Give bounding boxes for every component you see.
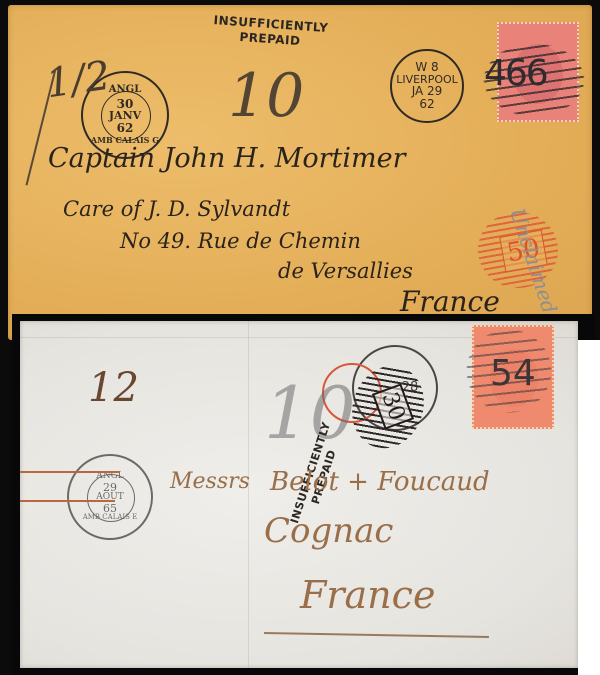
bottom-cover: 54 28 NEWCASTLE-ON-TYNE 30 ANGL 29 AOUT … bbox=[20, 321, 578, 668]
numeral-cancel: 54 bbox=[490, 353, 536, 394]
red-crayon-line bbox=[20, 471, 120, 473]
address-line-2: Care of J. D. Sylvandt bbox=[63, 197, 290, 221]
address-line-1: Captain John H. Mortimer bbox=[48, 143, 406, 174]
red-crayon-line bbox=[20, 500, 115, 502]
address-line-3: No 49. Rue de Chemin bbox=[120, 229, 361, 253]
address-underline bbox=[264, 632, 489, 638]
address-line-4: France bbox=[300, 573, 435, 617]
tax-marking: 10 bbox=[228, 61, 304, 131]
white-margin bbox=[578, 340, 600, 675]
top-cover: 466 W 8 LIVERPOOL JA 29 62 ANGL 30 JANV … bbox=[8, 5, 592, 340]
fold-line bbox=[248, 321, 249, 668]
address-line-1: Messrs bbox=[170, 469, 250, 494]
insufficiently-prepaid-handstamp: INSUFFICIENTLY PREPAID bbox=[212, 13, 329, 51]
liverpool-postmark: W 8 LIVERPOOL JA 29 62 bbox=[390, 49, 464, 123]
manuscript-rate: 12 bbox=[88, 365, 139, 411]
postmark-line: 62 bbox=[419, 98, 434, 111]
numeral-cancel: 466 bbox=[484, 53, 547, 94]
angl-calais-postmark: ANGL 29 AOUT 65 AMB CALAIS E bbox=[67, 454, 153, 540]
address-line-3: Cognac bbox=[264, 511, 393, 551]
address-line-2: Belot + Foucaud bbox=[270, 467, 490, 497]
address-line-4: de Versallies bbox=[278, 259, 413, 283]
